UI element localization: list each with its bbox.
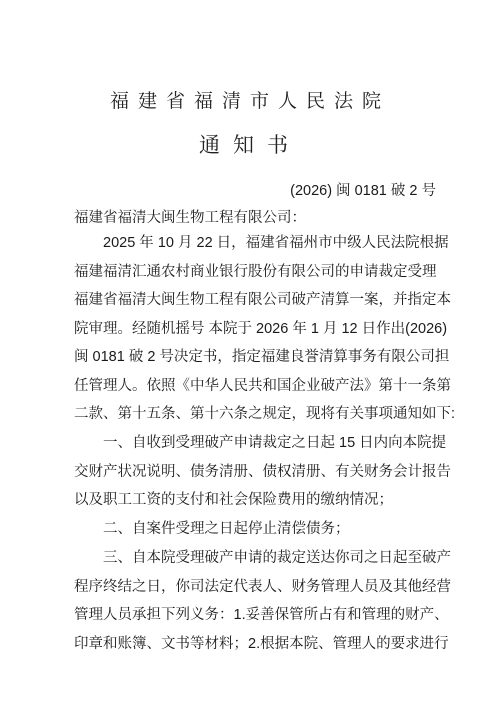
document-title: 通知书 [0, 129, 500, 159]
paragraph-3: 二、自案件受理之日起停止清偿债务； [74, 515, 429, 544]
text-line: 二款、第十五条、第十六条之规定，现将有关事项通知如下: [74, 400, 429, 429]
text-line: 闽 0181 破 2 号决定书，指定福建良誉清算事务有限公司担 [74, 343, 429, 372]
notice-page: 福建省福清市人民法院 通知书 (2026) 闽 0181 破 2 号 福建省福清… [0, 0, 500, 707]
text-line: 管理人员承担下列义务：1.妥善保管所占有和管理的财产、 [74, 601, 429, 630]
paragraph-1: 2025 年 10 月 22 日，福建省福州市中级人民法院根据 福建福清汇通农村… [74, 229, 429, 429]
paragraph-2: 一、自收到受理破产申请裁定之日起 15 日内向本院提 交财产状况说明、债务清册、… [74, 429, 429, 515]
text-line: 任管理人。依照《中华人民共和国企业破产法》第十一条第 [74, 372, 429, 401]
text-line: 以及职工工资的支付和社会保险费用的缴纳情况； [74, 486, 429, 515]
text-line: 福建福清汇通农村商业银行股份有限公司的申请裁定受理 [74, 258, 429, 287]
case-number: (2026) 闽 0181 破 2 号 [290, 179, 436, 200]
text-line: 2025 年 10 月 22 日，福建省福州市中级人民法院根据 [74, 229, 429, 258]
text-line: 二、自案件受理之日起停止清偿债务； [74, 515, 429, 544]
text-line: 一、自收到受理破产申请裁定之日起 15 日内向本院提 [74, 429, 429, 458]
text-line: 程序终结之日，你司法定代表人、财务管理人员及其他经营 [74, 573, 429, 602]
addressee: 福建省福清大闽生物工程有限公司： [74, 206, 306, 227]
paragraph-4: 三、自本院受理破产申请的裁定送达你司之日起至破产 程序终结之日，你司法定代表人、… [74, 544, 429, 658]
text-line: 印章和账簿、文书等材料；2.根据本院、管理人的要求进行 [74, 630, 429, 659]
text-line: 交财产状况说明、债务清册、债权清册、有关财务会计报告 [74, 458, 429, 487]
text-line: 福建省福清大闽生物工程有限公司破产清算一案，并指定本 [74, 286, 429, 315]
court-name: 福建省福清市人民法院 [0, 86, 500, 113]
text-line: 院审理。经随机摇号 本院于 2026 年 1 月 12 日作出(2026) [74, 315, 429, 344]
text-line: 三、自本院受理破产申请的裁定送达你司之日起至破产 [74, 544, 429, 573]
